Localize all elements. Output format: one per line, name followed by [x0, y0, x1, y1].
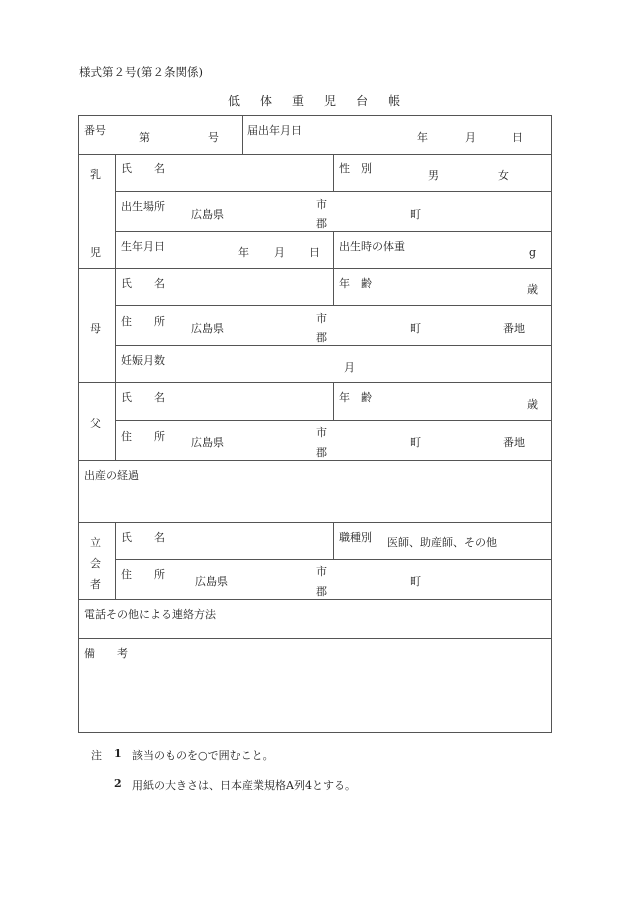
title-char: 低 [228, 94, 240, 108]
mother-banchi: 番地 [503, 320, 525, 336]
form-title: 低体重児台帳 [228, 92, 400, 109]
mother-county: 郡 [316, 329, 327, 345]
birthplace-prefecture: 広島県 [191, 206, 224, 222]
infant-label-top: 乳 [90, 166, 101, 182]
mother-age-unit: 歳 [527, 281, 538, 297]
title-char: 台 [356, 94, 368, 108]
father-prefecture: 広島県 [191, 434, 224, 450]
birthdate-month: 月 [274, 244, 285, 260]
attendant-label-1: 立 [90, 534, 101, 550]
mother-city: 市 [316, 310, 327, 326]
sex-male[interactable]: 男 [428, 167, 439, 183]
birthplace-town: 町 [410, 206, 421, 222]
title-char: 重 [292, 94, 304, 108]
sex-female[interactable]: 女 [498, 167, 509, 183]
number-label: 番号 [84, 122, 106, 138]
remarks-label: 備 考 [84, 645, 128, 661]
birthplace-city: 市 [316, 196, 327, 212]
mother-address-label: 住 所 [121, 313, 165, 329]
attendant-county: 郡 [316, 583, 327, 599]
father-banchi: 番地 [503, 434, 525, 450]
number-dai: 第 [139, 129, 150, 145]
attendant-label-2: 会 [90, 555, 101, 571]
birthdate-year: 年 [238, 244, 249, 260]
mother-prefecture: 広島県 [191, 320, 224, 336]
pregnancy-months-label: 妊娠月数 [121, 352, 165, 368]
infant-sex-label: 性 別 [339, 160, 372, 176]
birthplace-county: 郡 [316, 215, 327, 231]
number-go: 号 [208, 129, 219, 145]
note-2-number: 2 [114, 777, 122, 790]
father-city: 市 [316, 424, 327, 440]
father-age-unit: 歳 [527, 396, 538, 412]
attendant-town: 町 [410, 573, 421, 589]
title-char: 帳 [388, 94, 400, 108]
birthplace-label: 出生場所 [121, 198, 165, 214]
father-town: 町 [410, 434, 421, 450]
father-label: 父 [90, 415, 101, 431]
filing-date-label: 届出年月日 [247, 122, 302, 138]
father-age-label: 年 齢 [339, 389, 372, 405]
father-address-label: 住 所 [121, 428, 165, 444]
attendant-label-3: 者 [90, 576, 101, 592]
father-name-label: 氏 名 [121, 389, 165, 405]
mother-name-label: 氏 名 [121, 275, 165, 291]
note-2-text: 用紙の大きさは、日本産業規格A列4とする。 [132, 777, 356, 793]
note-1-number: 1 [114, 747, 122, 760]
attendant-address-label: 住 所 [121, 566, 165, 582]
notes-prefix: 注 [91, 747, 102, 763]
delivery-progress-label: 出産の経過 [84, 467, 139, 483]
birthdate-label: 生年月日 [121, 238, 165, 254]
attendant-city: 市 [316, 563, 327, 579]
infant-label-bottom: 児 [90, 244, 101, 260]
attendant-prefecture: 広島県 [195, 573, 228, 589]
filing-day: 日 [512, 129, 523, 145]
birth-weight-unit: g [529, 246, 536, 259]
attendant-occupation-label: 職種別 [339, 529, 372, 545]
mother-town: 町 [410, 320, 421, 336]
birthdate-day: 日 [309, 244, 320, 260]
contact-method-label: 電話その他による連絡方法 [84, 606, 216, 622]
attendant-name-label: 氏 名 [121, 529, 165, 545]
note-1-text: 該当のものを○で囲むこと。 [132, 747, 274, 763]
filing-year: 年 [417, 129, 428, 145]
birth-weight-label: 出生時の体重 [339, 238, 405, 254]
title-char: 児 [324, 94, 336, 108]
filing-month: 月 [465, 129, 476, 145]
mother-age-label: 年 齢 [339, 275, 372, 291]
attendant-occupation-options[interactable]: 医師、助産師、その他 [387, 534, 497, 550]
mother-label: 母 [90, 320, 101, 336]
infant-name-label: 氏 名 [121, 160, 165, 176]
form-number: 様式第２号(第２条関係) [79, 64, 203, 80]
father-county: 郡 [316, 444, 327, 460]
title-char: 体 [260, 94, 272, 108]
pregnancy-month-unit: 月 [344, 359, 355, 375]
